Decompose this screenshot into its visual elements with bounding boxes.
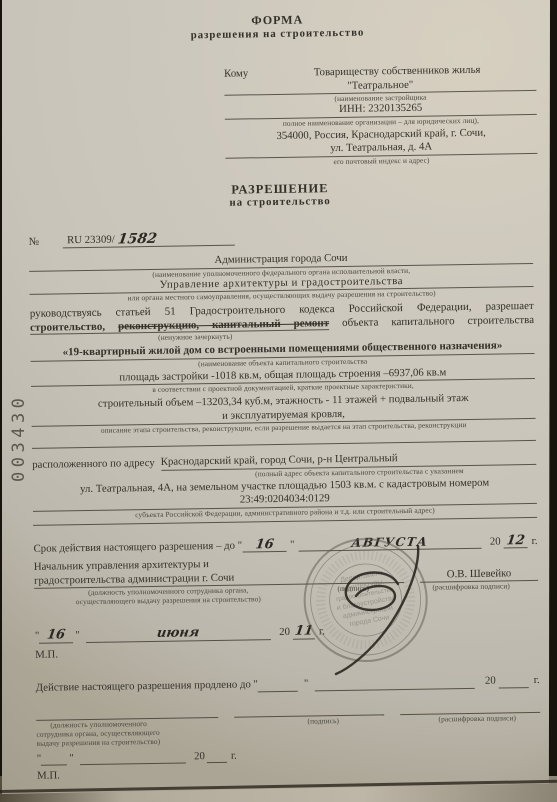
extension-year-prefix: 20: [475, 675, 499, 689]
issue-date-close-quote: ": [73, 629, 86, 643]
form-header: ФОРМА разрешения на строительство: [25, 10, 529, 45]
location-block: расположенного по адресу Краснодарский к…: [32, 450, 537, 525]
location-label: расположенного по адресу: [32, 457, 155, 472]
signature: [300, 540, 432, 680]
signature-loop: [346, 573, 398, 610]
extension-date-year-blank: [207, 762, 227, 763]
validity-day-value: 16: [254, 538, 274, 552]
photo-background: ФОРМА разрешения на строительство Кому Т…: [0, 0, 557, 802]
issue-date-day: 16: [39, 627, 73, 643]
extension-year-blank: [499, 687, 529, 688]
validity-label: Срок действия настоящего разрешения – до…: [33, 539, 242, 556]
addressee-block: Кому Товариществу собственников жилья "Т…: [224, 63, 538, 167]
serial-number: 003430: [9, 394, 29, 482]
permit-number-label: №: [29, 235, 40, 249]
extension-caption-name: (расшифровка подписи): [414, 712, 540, 723]
extension-date-suffix: г.: [227, 749, 237, 763]
document-content: ФОРМА разрешения на строительство Кому Т…: [0, 0, 557, 802]
extension-date-year-prefix: 20: [186, 750, 207, 764]
seal-mark-2: М.П.: [37, 762, 541, 783]
doc-title: РАЗРЕШЕНИЕ на строительство: [28, 178, 532, 213]
permission-paragraph: руководствуясь статьей 51 Градостроитель…: [30, 300, 535, 344]
extension-date-close-quote: ": [67, 752, 80, 766]
seal-mark-1: М.П.: [35, 640, 539, 661]
permit-number-handwritten: 1582: [116, 232, 157, 246]
permit-number-line: № RU 23309/ 1582: [29, 225, 533, 248]
extension-date-line: " " 20 г.: [37, 749, 237, 766]
issue-date-day-value: 16: [46, 628, 66, 642]
extension-date-day-blank: [41, 764, 67, 765]
issue-date-line: " 16 " июня 20 11 г.: [35, 623, 325, 643]
permit-number-typed: RU 23309/: [67, 233, 115, 246]
validity-year-value: 12: [506, 534, 526, 548]
issue-date-month: июня: [86, 624, 272, 642]
extension-suffix: г.: [529, 674, 540, 688]
extension-label: Действие настоящего разрешения продлено …: [36, 678, 258, 695]
authority-block: Администрация города Сочи (наименование …: [29, 249, 534, 304]
permission-tail: объекта капитального строительства: [342, 313, 534, 328]
extension-line: Действие настоящего разрешения продлено …: [36, 674, 540, 695]
extension-month-blank: [314, 687, 475, 691]
validity-suffix: г.: [527, 534, 537, 548]
object-block: «19-квартирный жилой дом со встроенными …: [30, 339, 536, 449]
permit-number-value: RU 23309/ 1582: [63, 230, 235, 248]
issue-date-month-value: июня: [156, 626, 200, 640]
addressee-label: Кому: [224, 67, 248, 81]
validity-year-prefix: 20: [482, 535, 504, 549]
extension-day-blank: [258, 690, 298, 692]
permission-struck-options: реконструкцию, капитальный ремонт: [118, 317, 329, 332]
extension-caption-sign: (подпись): [248, 715, 398, 726]
extension-date-month-blank: [80, 762, 186, 765]
validity-year: 12: [503, 533, 527, 549]
permission-kept-option: строительство,: [30, 320, 105, 333]
